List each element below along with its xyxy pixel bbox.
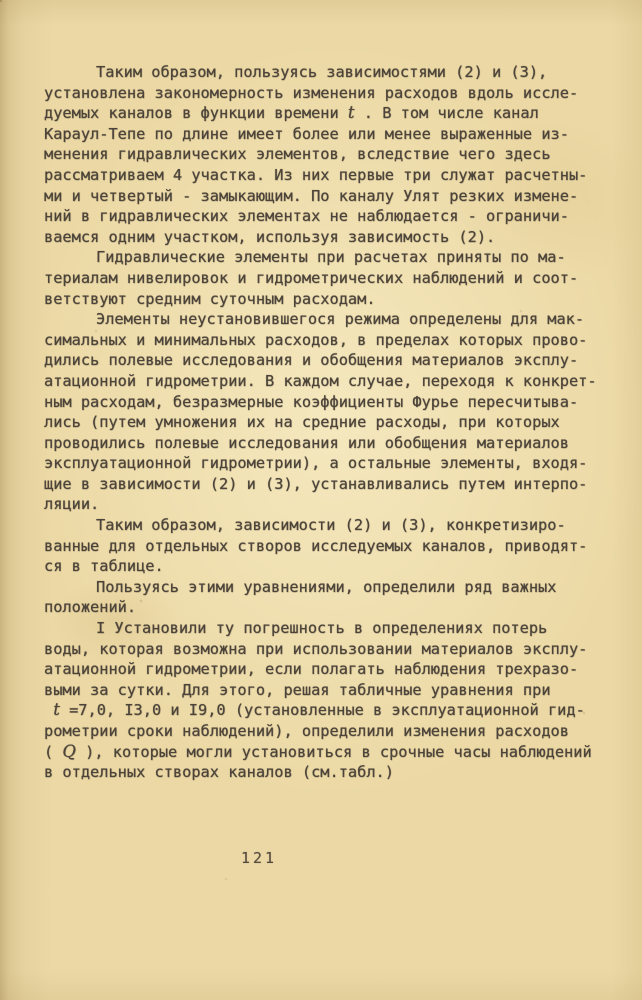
text-segment: =7,0, I3,0 и I9,0 (установленные в экспл… (60, 701, 585, 719)
text-line: выми за сутки. Для этого, решая табличны… (44, 680, 619, 701)
text-segment: . В том числе канал (355, 104, 539, 122)
text-line: Караул-Тепе по длине имеет более или мен… (44, 124, 619, 145)
text-line: ся в таблице. (44, 556, 619, 577)
math-symbol-q: Q (62, 742, 76, 761)
text-line: ваемся одним участком, используя зависим… (44, 227, 619, 248)
text-line: ляции. (44, 494, 619, 515)
text-line: рассматриваем 4 участка. Из них первые т… (44, 165, 619, 186)
text-segment: ( (44, 743, 62, 761)
text-segment: дуемых каналов в функции времени (44, 104, 348, 122)
text-line: положений. (44, 597, 619, 618)
text-line: симальных и минимальных расходов, в пред… (44, 330, 619, 351)
text-line: I Установили ту погрешность в определени… (44, 618, 619, 639)
text-line: ний в гидравлических элементах не наблюд… (44, 206, 619, 227)
text-line: Гидравлические элементы при расчетах при… (44, 247, 619, 268)
text-line: дуемых каналов в функции времени t . В т… (44, 103, 619, 124)
text-line: менения гидравлических элементов, вследс… (44, 144, 619, 165)
text-line: Таким образом, зависимости (2) и (3), ко… (44, 515, 619, 536)
text-line: Элементы неустановившегося режима опреде… (44, 309, 619, 330)
text-line: установлена закономерность изменения рас… (44, 83, 619, 104)
text-line: ванные для отдельных створов исследуемых… (44, 536, 619, 557)
text-line: атационной гидрометрии. В каждом случае,… (44, 371, 619, 392)
text-line: эксплуатационной гидрометрии), а остальн… (44, 453, 619, 474)
text-line: рометрии сроки наблюдений), определили и… (44, 721, 619, 742)
text-segment: ), которые могли установиться в срочные … (76, 743, 592, 761)
text-line: ми и четвертый - замыкающим. По каналу У… (44, 186, 619, 207)
text-line: щие в зависимости (2) и (3), устанавлива… (44, 474, 619, 495)
text-line: ветствуют средним суточным расходам. (44, 289, 619, 310)
text-line: проводились полевые исследования или обо… (44, 433, 619, 454)
text-line: дились полевые исследования и обобщения … (44, 350, 619, 371)
text-line: лись (путем умножения их на средние расх… (44, 412, 619, 433)
text-line: t =7,0, I3,0 и I9,0 (установленные в экс… (44, 700, 619, 721)
text-line: ( Q ), которые могли установиться в сроч… (44, 742, 619, 763)
text-line: ным расходам, безразмерные коэффициенты … (44, 392, 619, 413)
text-line: Таким образом, пользуясь зависимостями (… (44, 62, 619, 83)
text-line: в отдельных створах каналов (см.табл.) (44, 762, 619, 783)
text-line: атационной гидрометрии, если полагать на… (44, 659, 619, 680)
text-line: воды, которая возможна при использовании… (44, 639, 619, 660)
text-line: териалам нивелировок и гидрометрических … (44, 268, 619, 289)
text-block: Таким образом, пользуясь зависимостями (… (44, 62, 619, 783)
page-number: 121 (241, 849, 277, 867)
math-symbol-t: t (348, 103, 355, 122)
text-line: Пользуясь этими уравнениями, определили … (44, 577, 619, 598)
text-segment (44, 701, 53, 719)
document-page: Таким образом, пользуясь зависимостями (… (0, 0, 642, 1000)
math-symbol-t: t (53, 700, 60, 719)
